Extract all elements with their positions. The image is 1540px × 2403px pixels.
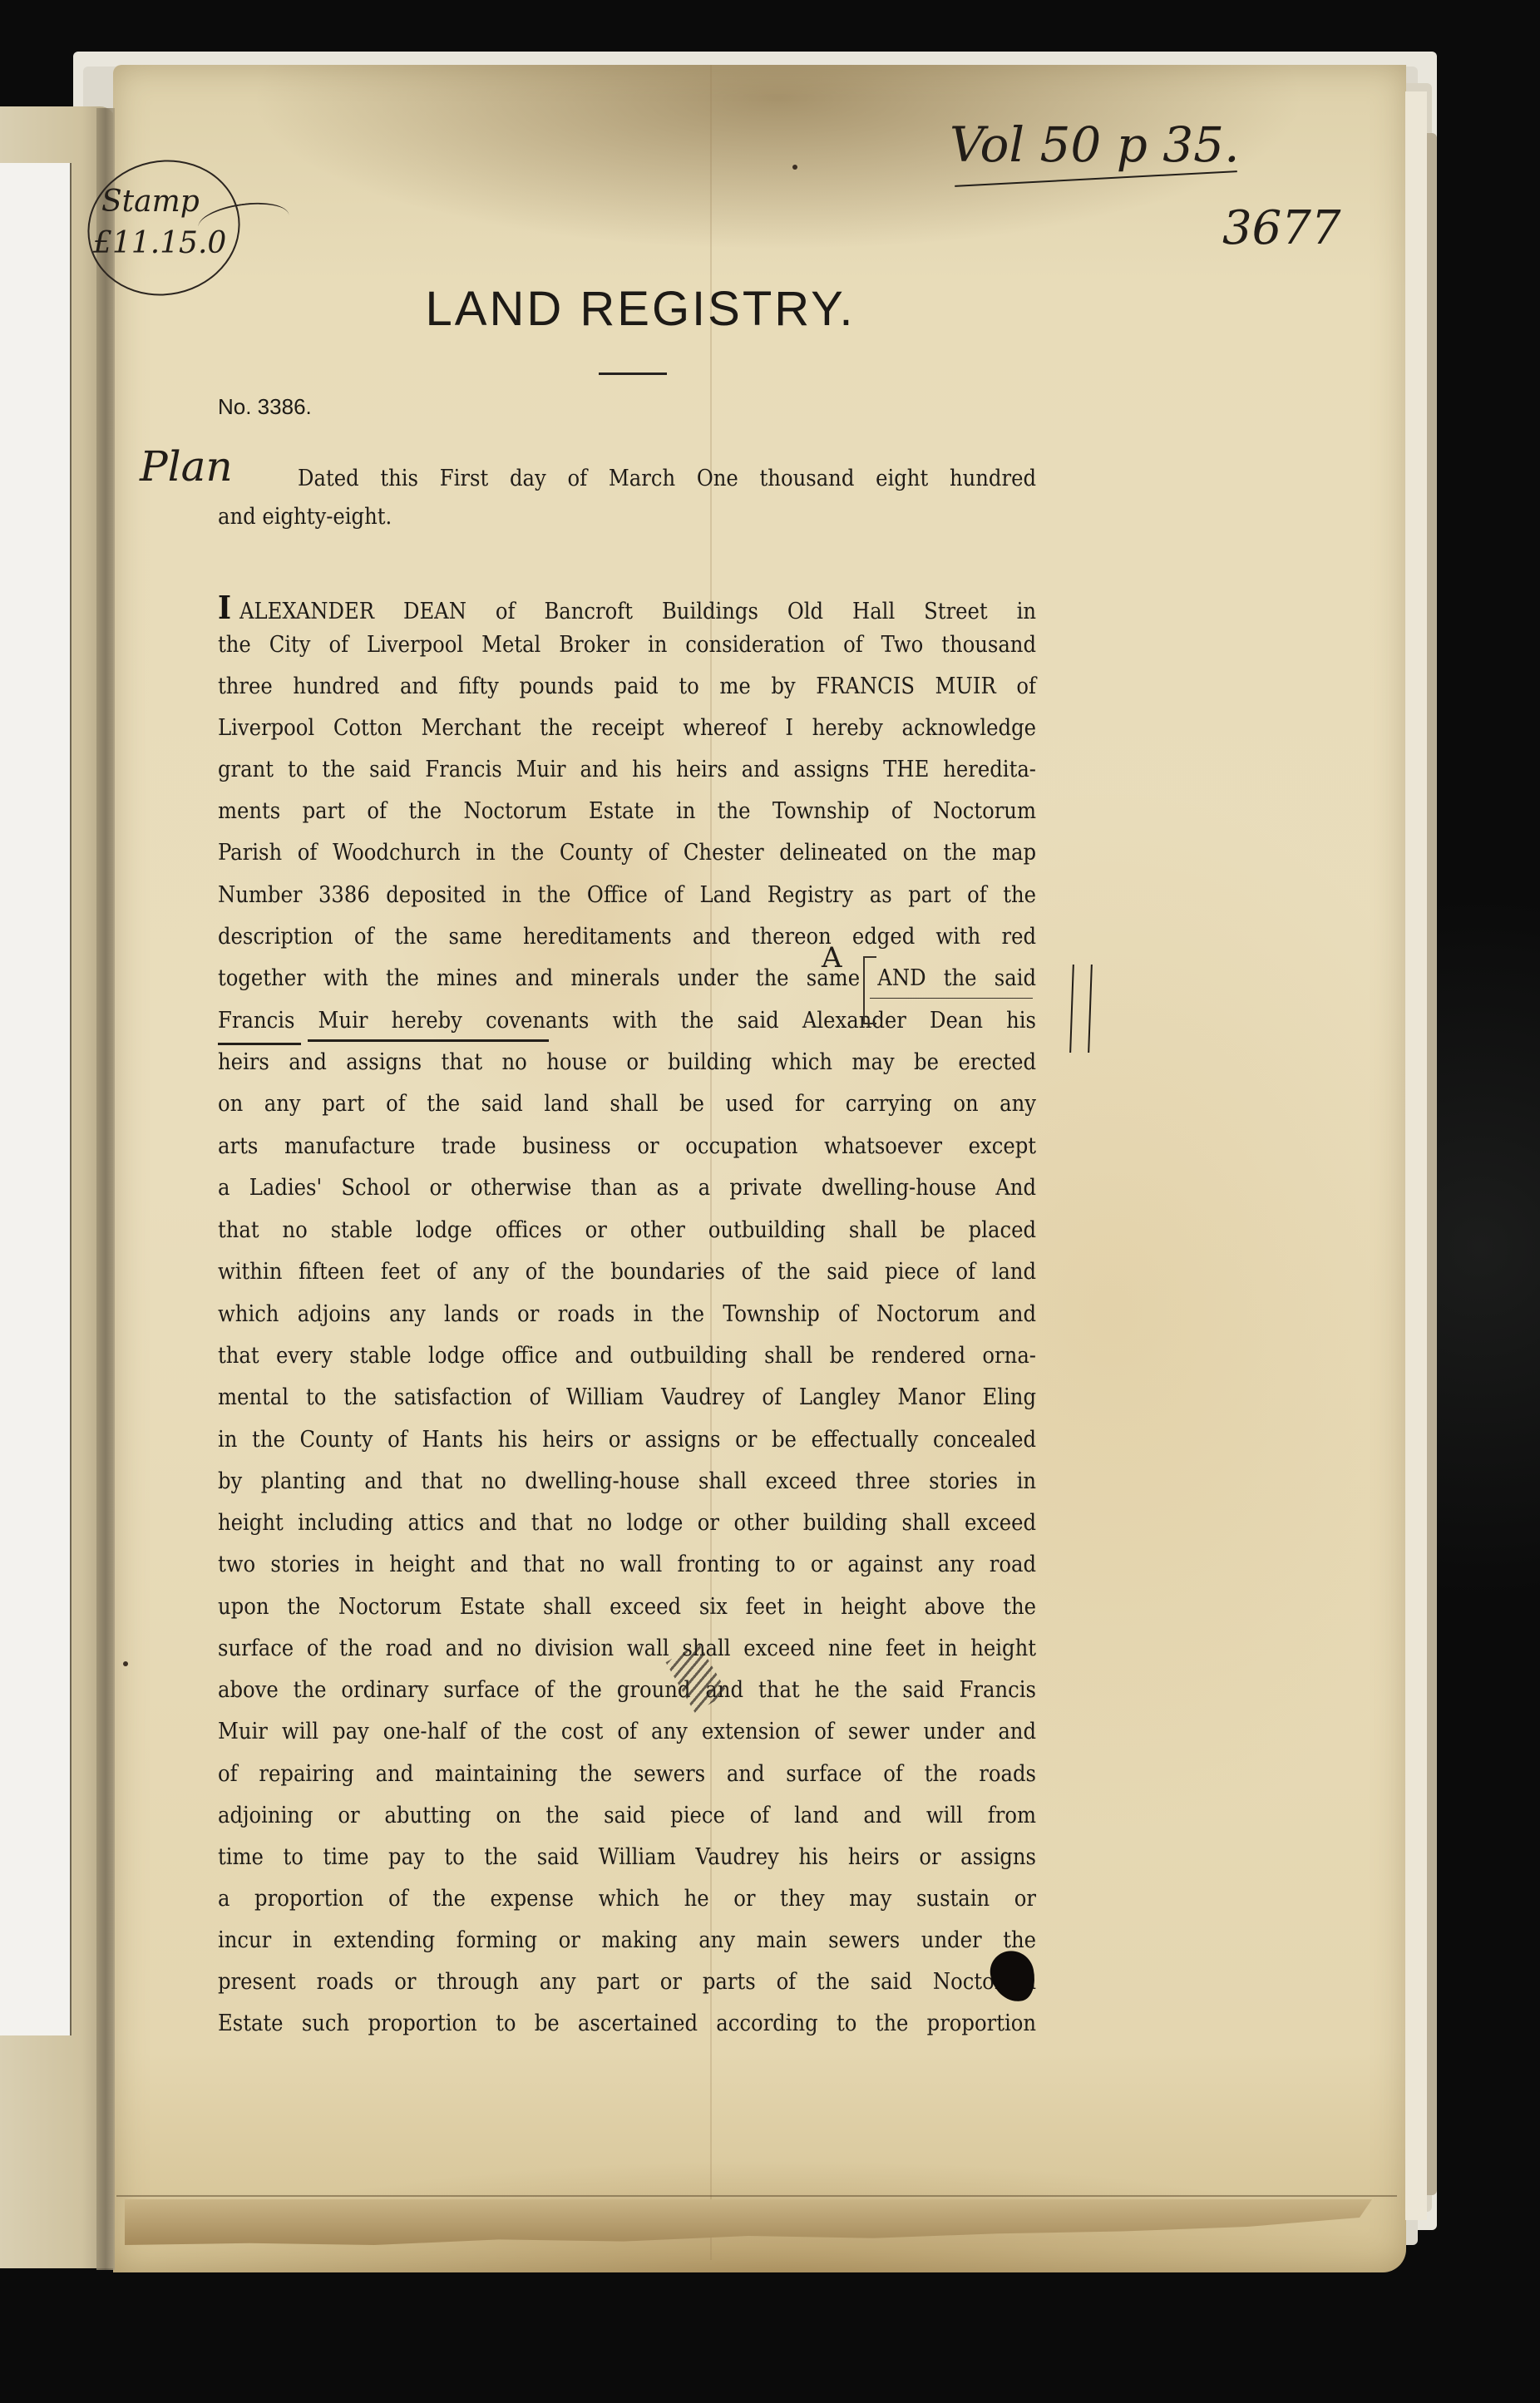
stamp-label: Stamp xyxy=(101,185,200,219)
body-line: present roads or through any part or par… xyxy=(218,1971,1036,1993)
body-line: Francis Muir hereby covenants with the s… xyxy=(218,1009,1036,1032)
body-line: height including attics and that no lodg… xyxy=(218,1512,1036,1534)
page-bottom-edge xyxy=(116,2195,1397,2197)
stamp-amount: £11.15.0 xyxy=(93,226,226,260)
body-line: that every stable lodge office and outbu… xyxy=(218,1345,1036,1367)
drop-cap: I xyxy=(218,589,231,626)
body-line: upon the Noctorum Estate shall exceed si… xyxy=(218,1596,1036,1618)
body-line: adjoining or abutting on the said piece … xyxy=(218,1804,1036,1827)
body-line: surface of the road and no division wall… xyxy=(218,1637,1036,1660)
covenant-underline xyxy=(218,1043,301,1045)
body-line: grant to the said Francis Muir and his h… xyxy=(218,758,1036,781)
body-line: incur in extending forming or making any… xyxy=(218,1929,1036,1952)
body-line: a proportion of the expense which he or … xyxy=(218,1887,1036,1910)
body-line: by planting and that no dwelling-house s… xyxy=(218,1470,1036,1493)
paper-speck xyxy=(792,165,797,170)
body-line: Number 3386 deposited in the Office of L… xyxy=(218,884,1036,906)
body-line: arts manufacture trade business or occup… xyxy=(218,1135,1036,1157)
body-line: together with the mines and minerals und… xyxy=(218,967,1036,989)
body-line: Parish of Woodchurch in the County of Ch… xyxy=(218,841,1036,864)
dated-line-continuation: and eighty-eight. xyxy=(218,504,392,530)
body-line: which adjoins any lands or roads in the … xyxy=(218,1303,1036,1325)
body-line: in the County of Hants his heirs or assi… xyxy=(218,1428,1036,1451)
body-line: of repairing and maintaining the sewers … xyxy=(218,1763,1036,1785)
dated-line: Dated this First day of March One thousa… xyxy=(298,466,1036,491)
insertion-bracket xyxy=(863,956,876,1024)
body-line: Liverpool Cotton Merchant the receipt wh… xyxy=(218,717,1036,739)
file-number: 3677 xyxy=(1222,201,1341,255)
body-line-text: ALEXANDER DEAN of Bancroft Buildings Old… xyxy=(239,599,1036,624)
paper-speck xyxy=(123,1661,128,1666)
body-line: within fifteen feet of any of the bounda… xyxy=(218,1261,1036,1283)
body-line: three hundred and fifty pounds paid to m… xyxy=(218,675,1036,698)
body-line: two stories in height and that no wall f… xyxy=(218,1553,1036,1576)
covenant-underline xyxy=(308,1039,549,1042)
body-line: a Ladies' School or otherwise than as a … xyxy=(218,1177,1036,1199)
clause-underline xyxy=(870,998,1033,999)
title-rule xyxy=(599,373,667,375)
body-line-first: IALEXANDER DEAN of Bancroft Buildings Ol… xyxy=(218,592,1036,624)
binding-shadow xyxy=(96,108,115,2270)
body-line: time to time pay to the said William Vau… xyxy=(218,1846,1036,1868)
body-line: description of the same hereditaments an… xyxy=(218,925,1036,948)
right-page-edge xyxy=(1405,91,1427,2220)
body-line: that no stable lodge offices or other ou… xyxy=(218,1219,1036,1241)
document-title: LAND REGISTRY. xyxy=(399,281,881,337)
left-inserted-sheet xyxy=(0,163,72,2035)
volume-reference: Vol 50 p 35. xyxy=(950,116,1240,173)
body-line: Estate such proportion to be ascertained… xyxy=(218,2012,1036,2035)
margin-mark xyxy=(1069,965,1093,1053)
body-line: heirs and assigns that no house or build… xyxy=(218,1051,1036,1073)
registry-number: No. 3386. xyxy=(218,394,312,420)
body-line: mental to the satisfaction of William Va… xyxy=(218,1386,1036,1409)
body-line: Muir will pay one-half of the cost of an… xyxy=(218,1720,1036,1743)
plan-note: Plan xyxy=(140,442,233,491)
body-line: on any part of the said land shall be us… xyxy=(218,1093,1036,1115)
insertion-mark: A xyxy=(822,941,842,975)
body-line: the City of Liverpool Metal Broker in co… xyxy=(218,634,1036,656)
body-line: ments part of the Noctorum Estate in the… xyxy=(218,800,1036,822)
body-line: above the ordinary surface of the ground… xyxy=(218,1679,1036,1701)
